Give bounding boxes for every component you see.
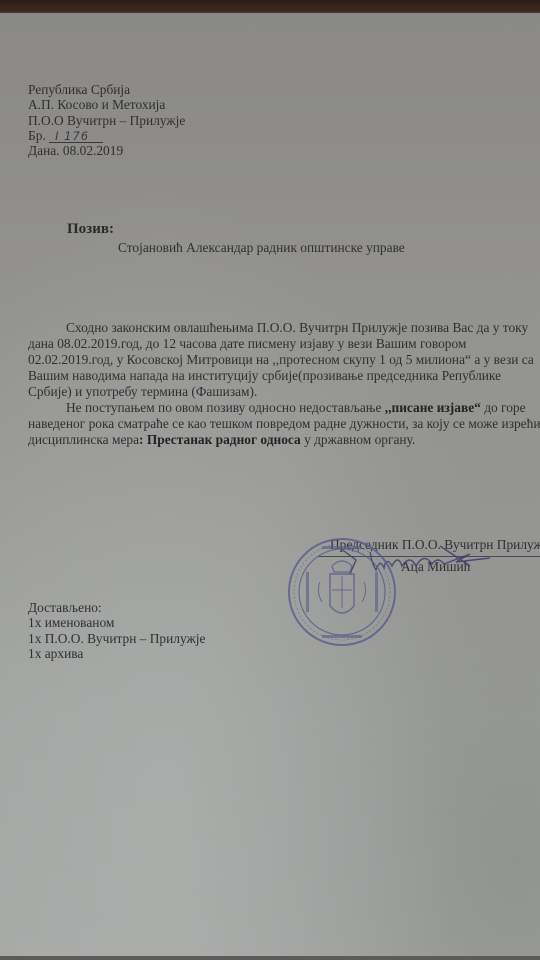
body-line: дана 08.02.2019.год, до 12 часова дате п… <box>28 336 540 352</box>
body-line: Вашим наводима напада на институцију срб… <box>28 368 540 384</box>
number-label: Бр. <box>28 128 46 143</box>
document-title: Позив: <box>67 222 114 238</box>
body-text: до горе <box>481 400 526 415</box>
header-date: Дана. 08.02.2019 <box>28 143 185 158</box>
table-surface-edge <box>0 0 540 14</box>
body-line: Сходно законским овлашћењима П.О.О. Вучи… <box>28 320 540 336</box>
header-province: А.П. Косово и Метохија <box>28 97 185 112</box>
document-header: Република Србија А.П. Косово и Метохија … <box>28 82 185 158</box>
emphasis-text: ,,писане изјаве“ <box>385 400 481 415</box>
emphasis-text: : Престанак радног односа <box>139 432 301 447</box>
body-text: у државном органу. <box>301 432 416 447</box>
body-line: Не поступањем по овом позиву односно нед… <box>28 400 540 416</box>
header-number: Бр. I 176 <box>28 128 185 143</box>
body-line: наведеног рока сматраће се као тешком по… <box>28 416 540 432</box>
delivery-item: 1x архива <box>28 646 205 661</box>
delivery-list: Достављено: 1x именованом 1x П.О.О. Вучи… <box>28 600 205 661</box>
header-authority: П.О.О Вучитрн – Прилужје <box>28 113 185 128</box>
delivery-item: 1x именованом <box>28 615 205 630</box>
body-text: дисциплинска мера <box>28 432 139 447</box>
table-surface-edge-bottom <box>0 956 540 960</box>
body-text: Не поступањем по овом позиву односно нед… <box>66 400 385 415</box>
delivery-item: 1x П.О.О. Вучитрн – Прилужје <box>28 631 205 646</box>
body-line: дисциплинска мера: Престанак радног одно… <box>28 432 540 448</box>
document-body: Сходно законским овлашћењима П.О.О. Вучи… <box>28 320 540 448</box>
official-stamp-icon <box>286 536 398 648</box>
delivery-label: Достављено: <box>28 600 205 615</box>
recipient-line: Стојановић Александар радник општинске у… <box>118 240 405 256</box>
number-value: I 176 <box>49 130 103 143</box>
body-line: 02.02.2019.год, у Косовској Митровици на… <box>28 352 540 368</box>
header-country: Република Србија <box>28 82 185 97</box>
body-line: Србије) и употребу термина (Фашизам). <box>28 384 540 400</box>
